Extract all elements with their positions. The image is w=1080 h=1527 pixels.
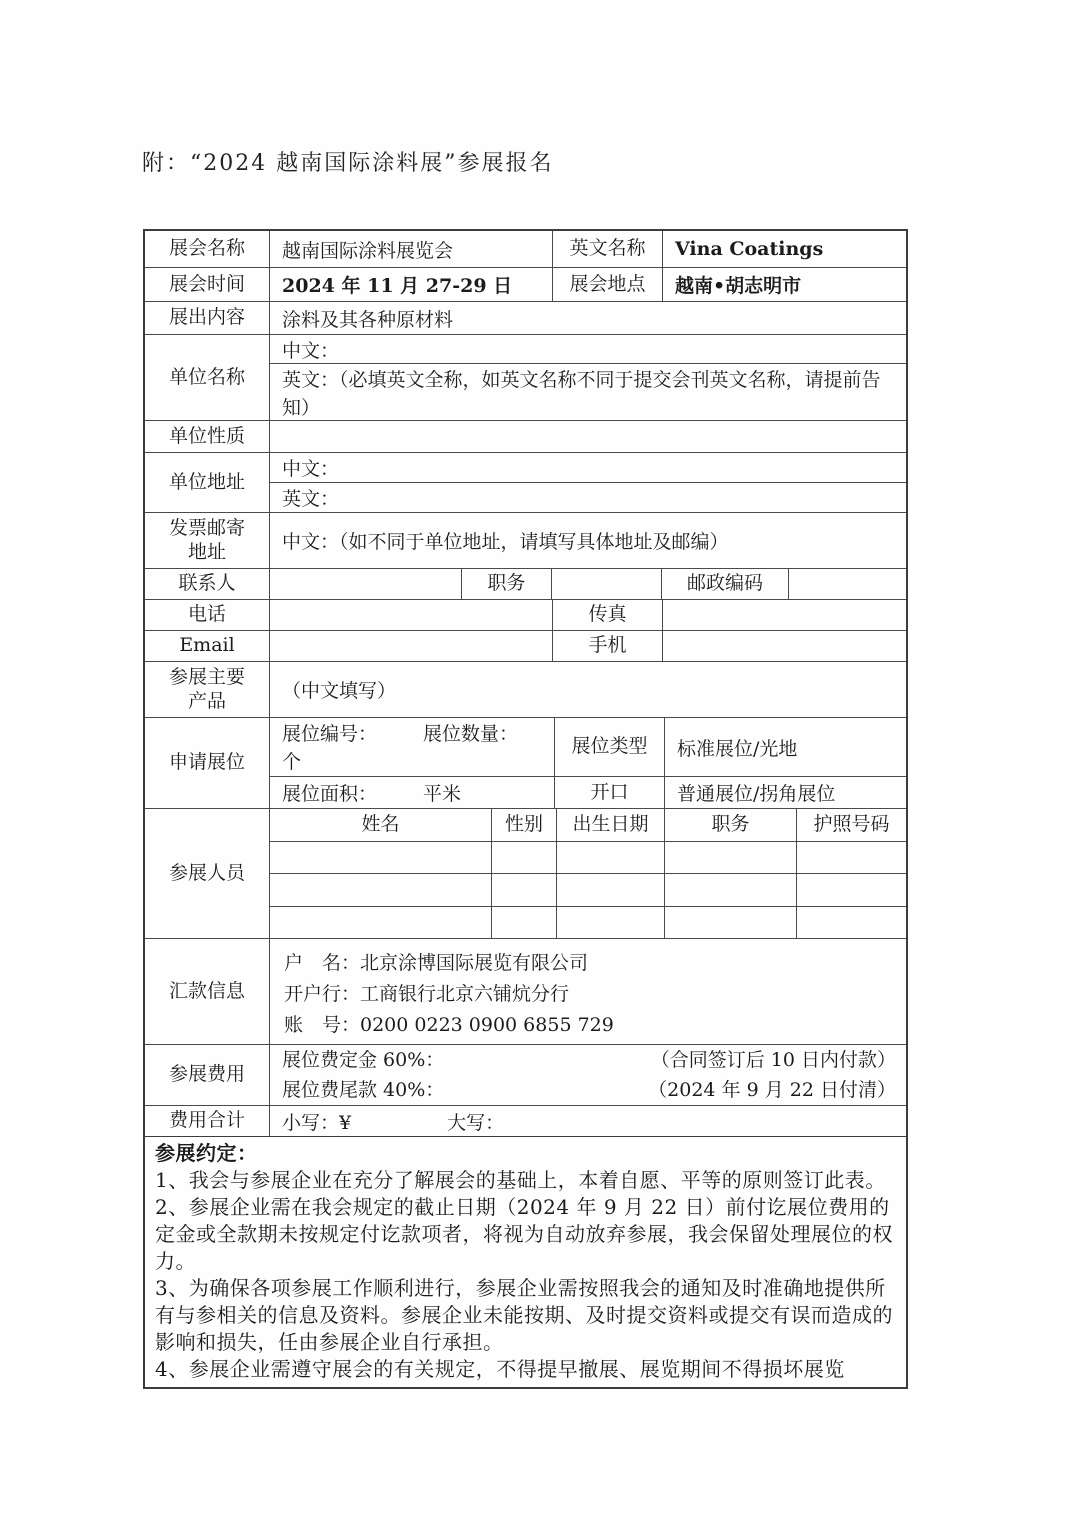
company-address-en-field: 英文： <box>270 483 906 512</box>
company-address-fields: 中文： 英文： <box>270 453 906 512</box>
payment-account-no: 账 号：0200 0223 0900 6855 729 <box>284 1010 896 1041</box>
payment-account-name: 户 名：北京涂博国际展览有限公司 <box>284 948 896 979</box>
booth-area-unit: 平米 <box>423 779 461 806</box>
staff-grid: 姓名 性别 出生日期 职务 护照号码 <box>270 809 906 938</box>
zip-code-value <box>789 569 906 599</box>
staff-col-passport: 护照号码 <box>797 809 906 841</box>
exhibition-terms: 参展约定： 1、我会与参展企业在充分了解展会的基础上，本着自愿、平等的原则签订此… <box>145 1137 906 1387</box>
staff-empty-row <box>270 842 906 874</box>
invoice-address-value: 中文：（如不同于单位地址，请填写具体地址及邮编） <box>270 513 906 568</box>
form-row-company-type: 单位性质 <box>145 421 906 453</box>
staff-empty-row <box>270 907 906 938</box>
form-row-exhibit-content: 展出内容 涂料及其各种原材料 <box>145 302 906 335</box>
company-address-label: 单位地址 <box>145 453 270 512</box>
fee-total-big: 大写： <box>447 1108 504 1135</box>
company-name-label: 单位名称 <box>145 335 270 420</box>
fees-label: 参展费用 <box>145 1045 270 1105</box>
invoice-address-label: 发票邮寄 地址 <box>145 513 270 568</box>
mobile-value <box>663 631 906 661</box>
booth-type-value: 标准展位/光地 <box>665 718 906 776</box>
scanned-document-page: 附：“2024 越南国际涂料展”参展报名 展会名称 越南国际涂料展览会 英文名称… <box>0 0 1080 1527</box>
company-name-en-field: 英文：（必填英文全称，如英文名称不同于提交会刊英文名称，请提前告知） <box>270 364 906 420</box>
staff-header-row: 姓名 性别 出生日期 职务 护照号码 <box>270 809 906 842</box>
form-row-email-mobile: Email 手机 <box>145 631 906 662</box>
form-row-company-address: 单位地址 中文： 英文： <box>145 453 906 513</box>
company-name-cn-field: 中文： <box>270 335 906 363</box>
main-products-value: （中文填写） <box>270 662 906 717</box>
payment-info-value: 户 名：北京涂博国际展览有限公司 开户行：工商银行北京六铺炕分行 账 号：020… <box>270 939 906 1044</box>
company-type-label: 单位性质 <box>145 421 270 452</box>
company-type-value <box>270 421 906 452</box>
booth-application-fields: 展位编号：展位数量： 个 展位类型 标准展位/光地 展位面积：平米 开口 普通展… <box>270 718 906 808</box>
contact-title-value <box>552 569 662 599</box>
mobile-label: 手机 <box>553 631 663 661</box>
exhibition-time-value: 2024 年 11 月 27-29 日 <box>270 268 553 301</box>
booth-opening-value: 普通展位/拐角展位 <box>665 777 906 808</box>
form-row-company-name: 单位名称 中文： 英文：（必填英文全称，如英文名称不同于提交会刊英文名称，请提前… <box>145 335 906 421</box>
fee-total-value: 小写：¥ 大写： <box>270 1106 906 1136</box>
payment-bank: 开户行：工商银行北京六铺炕分行 <box>284 979 896 1010</box>
form-row-phone-fax: 电话 传真 <box>145 600 906 631</box>
booth-qty-unit: 个 <box>282 749 546 776</box>
staff-label: 参展人员 <box>145 809 270 938</box>
zip-code-label: 邮政编码 <box>662 569 789 599</box>
form-row-exhibition-name: 展会名称 越南国际涂料展览会 英文名称 Vina Coatings <box>145 231 906 268</box>
form-row-main-products: 参展主要 产品 （中文填写） <box>145 662 906 718</box>
company-name-fields: 中文： 英文：（必填英文全称，如英文名称不同于提交会刊英文名称，请提前告知） <box>270 335 906 420</box>
booth-qty-label: 展位数量： <box>423 723 518 745</box>
terms-item-4: 4、参展企业需遵守展会的有关规定，不得提早撤展、展览期间不得损坏展览 <box>155 1356 896 1383</box>
phone-label: 电话 <box>145 600 270 630</box>
exhibition-location-label: 展会地点 <box>553 268 663 301</box>
fee-balance-note: （2024 年 9 月 22 日付清） <box>648 1075 896 1105</box>
form-row-fees: 参展费用 展位费定金 60%： （合同签订后 10 日内付款） 展位费尾款 40… <box>145 1045 906 1106</box>
staff-col-title: 职务 <box>665 809 797 841</box>
company-address-cn-field: 中文： <box>270 453 906 482</box>
form-row-booth-application: 申请展位 展位编号：展位数量： 个 展位类型 标准展位/光地 展位面积：平米 <box>145 718 906 809</box>
exhibition-location-value: 越南•胡志明市 <box>663 268 906 301</box>
fax-value <box>663 600 906 630</box>
form-row-invoice-address: 发票邮寄 地址 中文：（如不同于单位地址，请填写具体地址及邮编） <box>145 513 906 569</box>
terms-heading: 参展约定： <box>155 1140 896 1167</box>
fee-balance-label: 展位费尾款 40%： <box>282 1075 444 1105</box>
fee-total-label: 费用合计 <box>145 1106 270 1136</box>
exhibit-content-label: 展出内容 <box>145 302 270 334</box>
booth-area-cell: 展位面积：平米 <box>270 777 555 808</box>
booth-type-label: 展位类型 <box>555 718 665 776</box>
fee-total-small: 小写：¥ <box>282 1108 351 1135</box>
page-title: 附：“2024 越南国际涂料展”参展报名 <box>142 146 553 177</box>
staff-col-name: 姓名 <box>270 809 492 841</box>
exhibition-name-label: 展会名称 <box>145 231 270 267</box>
main-products-label: 参展主要 产品 <box>145 662 270 717</box>
exhibition-time-label: 展会时间 <box>145 268 270 301</box>
fee-deposit-label: 展位费定金 60%： <box>282 1045 444 1075</box>
contact-person-value <box>270 569 462 599</box>
form-row-fee-total: 费用合计 小写：¥ 大写： <box>145 1106 906 1137</box>
booth-application-label: 申请展位 <box>145 718 270 808</box>
fax-label: 传真 <box>553 600 663 630</box>
staff-col-gender: 性别 <box>492 809 557 841</box>
form-row-contact-person: 联系人 职务 邮政编码 <box>145 569 906 600</box>
booth-area-label: 展位面积： <box>282 779 377 806</box>
email-label: Email <box>145 631 270 661</box>
fees-value: 展位费定金 60%： （合同签订后 10 日内付款） 展位费尾款 40%： （2… <box>270 1045 906 1105</box>
terms-item-2: 2、参展企业需在我会规定的截止日期（2024 年 9 月 22 日）前付讫展位费… <box>155 1194 896 1275</box>
contact-person-label: 联系人 <box>145 569 270 599</box>
booth-opening-label: 开口 <box>555 777 665 808</box>
email-value <box>270 631 553 661</box>
booth-no-label: 展位编号： <box>282 723 377 745</box>
terms-item-3: 3、为确保各项参展工作顺利进行，参展企业需按照我会的通知及时准确地提供所有与参相… <box>155 1275 896 1356</box>
staff-empty-row <box>270 874 906 907</box>
form-row-staff: 参展人员 姓名 性别 出生日期 职务 护照号码 <box>145 809 906 939</box>
staff-col-birthdate: 出生日期 <box>557 809 665 841</box>
exhibition-en-name-value: Vina Coatings <box>663 231 906 267</box>
booth-no-qty-cell: 展位编号：展位数量： 个 <box>270 718 555 776</box>
form-row-exhibition-time: 展会时间 2024 年 11 月 27-29 日 展会地点 越南•胡志明市 <box>145 268 906 302</box>
phone-value <box>270 600 553 630</box>
contact-title-label: 职务 <box>462 569 552 599</box>
exhibition-en-name-label: 英文名称 <box>553 231 663 267</box>
payment-info-label: 汇款信息 <box>145 939 270 1044</box>
exhibition-name-value: 越南国际涂料展览会 <box>270 231 553 267</box>
form-row-payment-info: 汇款信息 户 名：北京涂博国际展览有限公司 开户行：工商银行北京六铺炕分行 账 … <box>145 939 906 1045</box>
fee-deposit-note: （合同签订后 10 日内付款） <box>651 1045 896 1075</box>
exhibit-content-value: 涂料及其各种原材料 <box>270 302 906 334</box>
registration-form-table: 展会名称 越南国际涂料展览会 英文名称 Vina Coatings 展会时间 2… <box>143 229 908 1389</box>
terms-item-1: 1、我会与参展企业在充分了解展会的基础上，本着自愿、平等的原则签订此表。 <box>155 1167 896 1194</box>
